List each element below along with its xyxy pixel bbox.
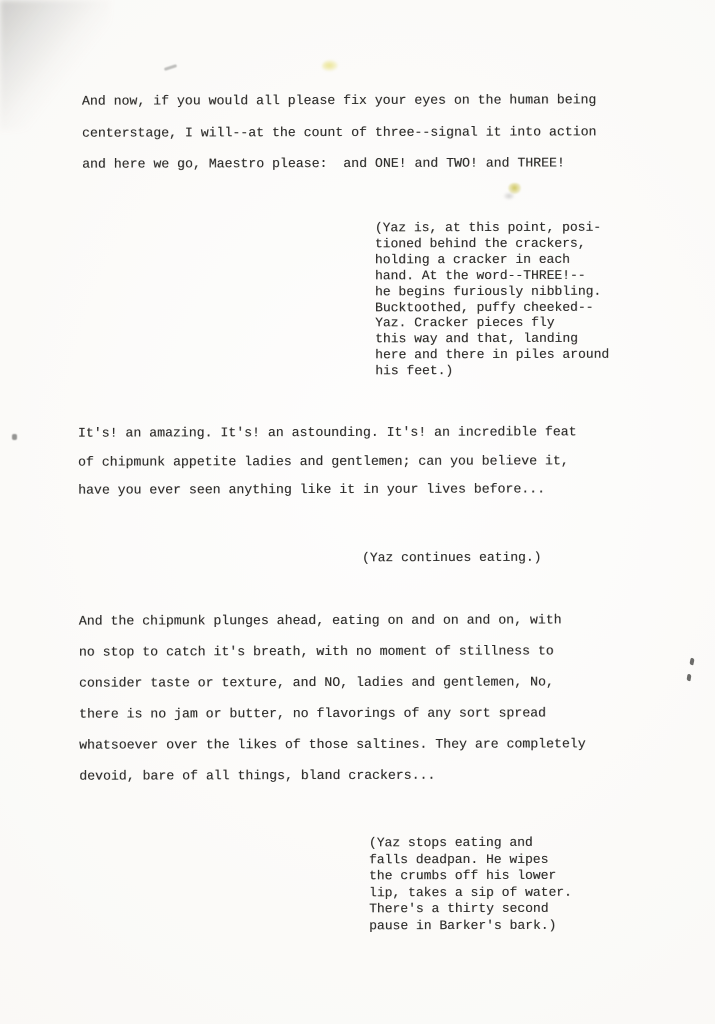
scan-ink-speck [689, 658, 694, 666]
scan-ink-speck [12, 434, 17, 440]
monologue-paragraph-2: It's! an amazing. It's! an astounding. I… [78, 418, 577, 505]
scan-smudge [503, 192, 515, 200]
scan-smudge [322, 60, 338, 71]
stage-direction-3: (Yaz stops eating and falls deadpan. He … [369, 835, 572, 935]
stage-direction-2: (Yaz continues eating.) [362, 550, 541, 566]
scan-stray-mark [164, 64, 177, 71]
scanned-script-page: And now, if you would all please fix you… [0, 0, 715, 1024]
monologue-paragraph-3: And the chipmunk plunges ahead, eating o… [79, 604, 586, 791]
scan-ink-speck [686, 674, 691, 682]
stage-direction-1: (Yaz is, at this point, posi- tioned beh… [375, 220, 609, 380]
monologue-paragraph-1: And now, if you would all please fix you… [82, 84, 597, 180]
